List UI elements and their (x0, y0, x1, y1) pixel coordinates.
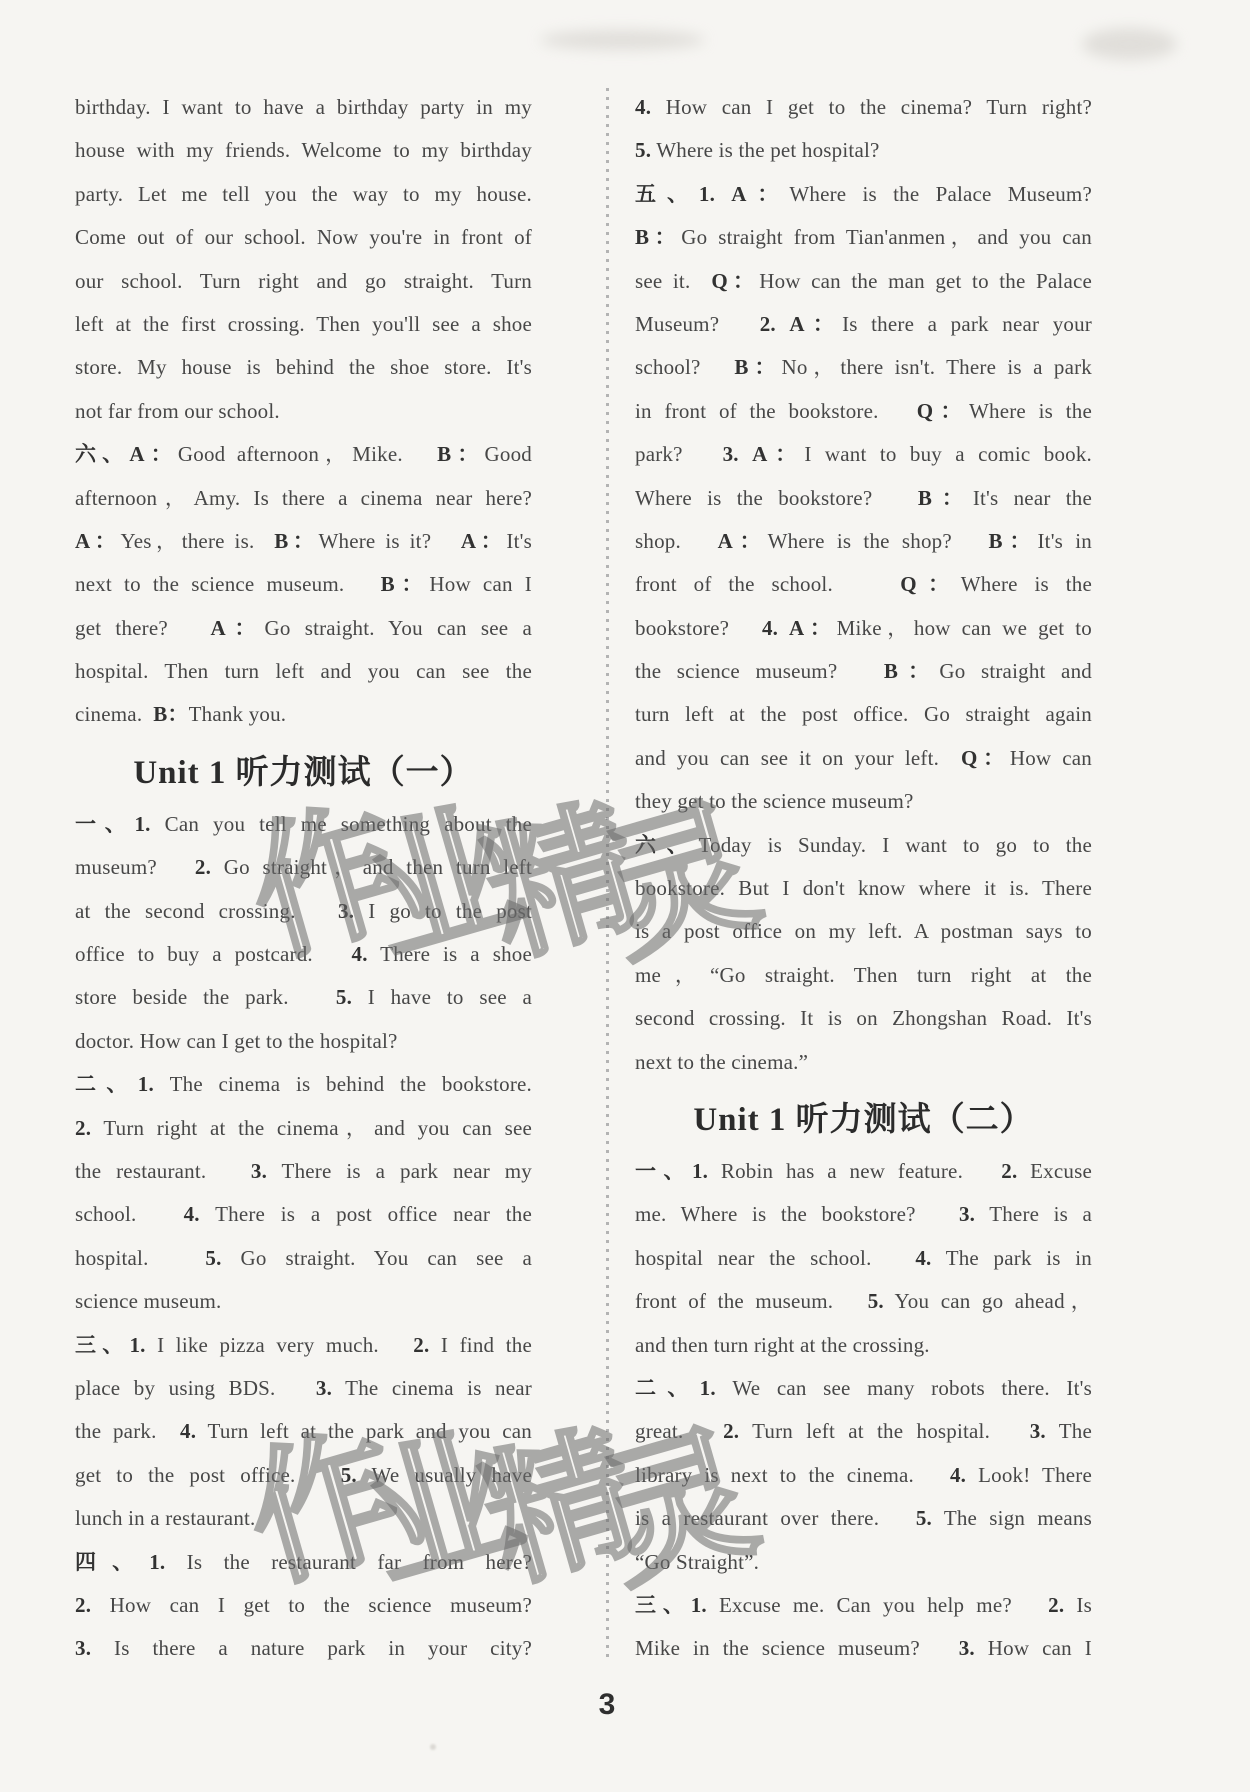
text-line: 一、1. Can you tell me something about the (75, 803, 532, 846)
text-line: cinema. B：Thank you. (75, 693, 532, 736)
text-line: get to the post office. 5. We usually ha… (75, 1454, 532, 1497)
text-line: and then turn right at the crossing. (635, 1324, 1092, 1367)
answer-paragraph: 三、1. Excuse me. Can you help me? 2. IsMi… (635, 1584, 1092, 1671)
text-line: place by using BDS. 3. The cinema is nea… (75, 1367, 532, 1410)
right-column: 4. How can I get to the cinema? Turn rig… (635, 86, 1092, 1671)
text-line: front of the school. Q：Where is the (635, 563, 1092, 606)
answer-paragraph: birthday. I want to have a birthday part… (75, 86, 532, 433)
text-line: hospital. Then turn left and you can see… (75, 650, 532, 693)
text-line: in front of the bookstore. Q：Where is th… (635, 390, 1092, 433)
text-line: park? 3. A：I want to buy a comic book. (635, 433, 1092, 476)
text-line: hospital. 5. Go straight. You can see a (75, 1237, 532, 1280)
answer-paragraph: 三、1. I like pizza very much. 2. I find t… (75, 1324, 532, 1541)
text-line: me，“Go straight. Then turn right at the (635, 954, 1092, 997)
text-line: A：Yes，there is. B：Where is it? A：It's (75, 520, 532, 563)
text-line: museum? 2. Go straight，and then turn lef… (75, 846, 532, 889)
text-line: the science museum? B：Go straight and (635, 650, 1092, 693)
text-line: B：Go straight from Tian'anmen，and you ca… (635, 216, 1092, 259)
text-line: next to the science museum. B：How can I (75, 563, 532, 606)
text-line: 5. Where is the pet hospital? (635, 129, 1092, 172)
text-line: store. My house is behind the shoe store… (75, 346, 532, 389)
answer-paragraph: 一、1. Robin has a new feature. 2. Excusem… (635, 1150, 1092, 1367)
text-line: great. 2. Turn left at the hospital. 3. … (635, 1410, 1092, 1453)
text-line: left at the first crossing. Then you'll … (75, 303, 532, 346)
answer-paragraph: 六、Today is Sunday. I want to go to thebo… (635, 824, 1092, 1084)
text-line: 2. Turn right at the cinema，and you can … (75, 1107, 532, 1150)
scanned-page: birthday. I want to have a birthday part… (0, 0, 1250, 1792)
text-line: 六、A：Good afternoon，Mike. B：Good (75, 433, 532, 476)
answer-paragraph: 四、1. Is the restaurant far from here?2. … (75, 1541, 532, 1671)
text-line: 三、1. Excuse me. Can you help me? 2. Is (635, 1584, 1092, 1627)
answer-paragraph: 五、1. A：Where is the Palace Museum?B：Go s… (635, 173, 1092, 824)
page-number: 3 (599, 1688, 616, 1722)
text-line: the park. 4. Turn left at the park and y… (75, 1410, 532, 1453)
text-line: library is next to the cinema. 4. Look! … (635, 1454, 1092, 1497)
text-line: 二、1. We can see many robots there. It's (635, 1367, 1092, 1410)
text-line: 一、1. Robin has a new feature. 2. Excuse (635, 1150, 1092, 1193)
answer-paragraph: 4. How can I get to the cinema? Turn rig… (635, 86, 1092, 173)
text-line: “Go Straight”. (635, 1541, 1092, 1584)
text-line: school. 4. There is a post office near t… (75, 1193, 532, 1236)
answer-paragraph: 一、1. Can you tell me something about the… (75, 803, 532, 1063)
text-line: Come out of our school. Now you're in fr… (75, 216, 532, 259)
text-line: 三、1. I like pizza very much. 2. I find t… (75, 1324, 532, 1367)
text-line: 六、Today is Sunday. I want to go to the (635, 824, 1092, 867)
text-line: 二、1. The cinema is behind the bookstore. (75, 1063, 532, 1106)
left-column: birthday. I want to have a birthday part… (75, 86, 532, 1671)
text-line: birthday. I want to have a birthday part… (75, 86, 532, 129)
text-line: Museum? 2. A：Is there a park near your (635, 303, 1092, 346)
text-line: our school. Turn right and go straight. … (75, 260, 532, 303)
text-line: me. Where is the bookstore? 3. There is … (635, 1193, 1092, 1236)
text-line: afternoon，Amy. Is there a cinema near he… (75, 477, 532, 520)
answer-paragraph: 六、A：Good afternoon，Mike. B：Goodafternoon… (75, 433, 532, 737)
text-line: science museum. (75, 1280, 532, 1323)
section-heading: Unit 1 听力测试（二） (635, 1084, 1092, 1150)
text-line: house with my friends. Welcome to my bir… (75, 129, 532, 172)
text-line: Where is the bookstore? B：It's near the (635, 477, 1092, 520)
text-line: 4. How can I get to the cinema? Turn rig… (635, 86, 1092, 129)
answer-paragraph: 二、1. The cinema is behind the bookstore.… (75, 1063, 532, 1323)
scan-artifact (540, 30, 705, 50)
text-line: not far from our school. (75, 390, 532, 433)
text-line: turn left at the post office. Go straigh… (635, 693, 1092, 736)
text-line: front of the museum. 5. You can go ahead… (635, 1280, 1092, 1323)
text-line: shop. A：Where is the shop? B：It's in (635, 520, 1092, 563)
text-line: is a restaurant over there. 5. The sign … (635, 1497, 1092, 1540)
text-line: bookstore? 4. A：Mike，how can we get to (635, 607, 1092, 650)
answer-paragraph: 二、1. We can see many robots there. It'sg… (635, 1367, 1092, 1584)
text-line: 五、1. A：Where is the Palace Museum? (635, 173, 1092, 216)
text-line: get there? A：Go straight. You can see a (75, 607, 532, 650)
text-line: 四、1. Is the restaurant far from here? (75, 1541, 532, 1584)
text-line: they get to the science museum? (635, 780, 1092, 823)
text-line: store beside the park. 5. I have to see … (75, 976, 532, 1019)
column-divider (606, 88, 609, 1662)
section-heading: Unit 1 听力测试（一） (75, 737, 532, 803)
text-line: office to buy a postcard. 4. There is a … (75, 933, 532, 976)
text-line: lunch in a restaurant. (75, 1497, 532, 1540)
text-line: and you can see it on your left. Q：How c… (635, 737, 1092, 780)
text-line: hospital near the school. 4. The park is… (635, 1237, 1092, 1280)
scan-artifact (430, 1744, 436, 1750)
text-line: Mike in the science museum? 3. How can I (635, 1627, 1092, 1670)
text-line: the restaurant. 3. There is a park near … (75, 1150, 532, 1193)
text-line: second crossing. It is on Zhongshan Road… (635, 997, 1092, 1040)
text-line: at the second crossing. 3. I go to the p… (75, 890, 532, 933)
text-line: bookstore. But I don't know where it is.… (635, 867, 1092, 910)
scan-artifact (1082, 28, 1177, 60)
text-line: see it. Q：How can the man get to the Pal… (635, 260, 1092, 303)
text-line: 2. How can I get to the science museum? (75, 1584, 532, 1627)
text-line: doctor. How can I get to the hospital? (75, 1020, 532, 1063)
text-line: school? B：No，there isn't. There is a par… (635, 346, 1092, 389)
text-line: is a post office on my left. A postman s… (635, 910, 1092, 953)
text-line: next to the cinema.” (635, 1041, 1092, 1084)
text-line: 3. Is there a nature park in your city? (75, 1627, 532, 1670)
text-line: party. Let me tell you the way to my hou… (75, 173, 532, 216)
